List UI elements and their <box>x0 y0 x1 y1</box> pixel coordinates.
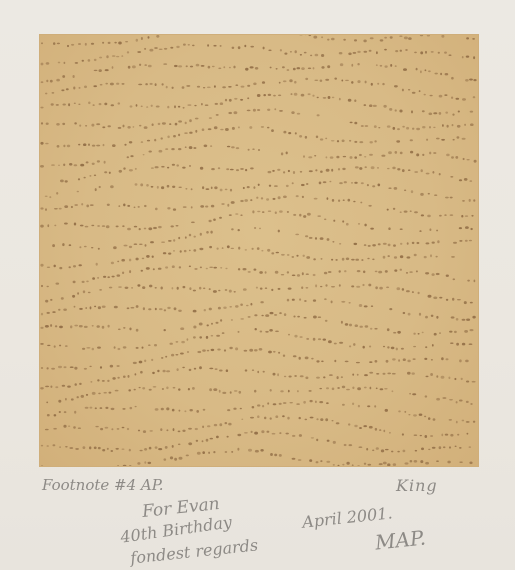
inscription-title: Footnote #4 AP. <box>42 476 164 494</box>
etching-plate <box>40 35 478 466</box>
dotted-wave-pattern <box>40 35 478 466</box>
inscription-signature: King <box>396 476 438 495</box>
